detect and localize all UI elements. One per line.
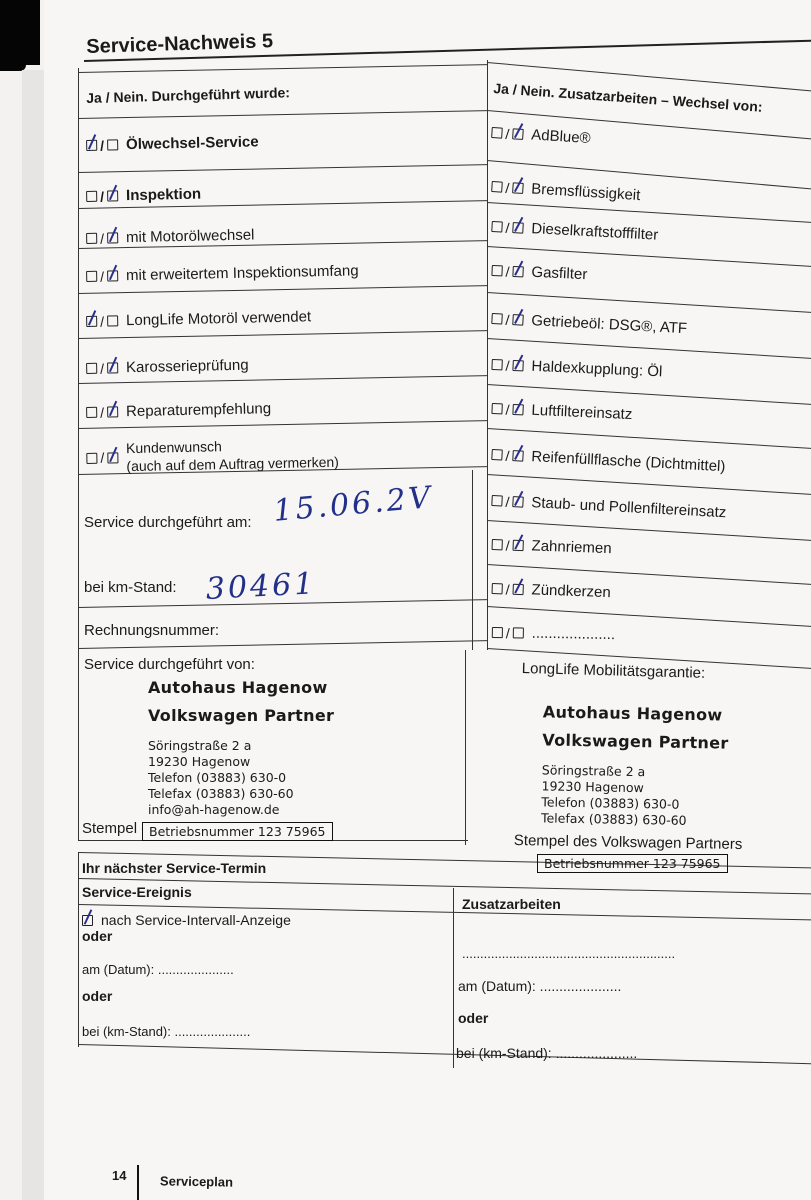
oder-2: oder [82, 988, 112, 1004]
ja-checkbox[interactable] [491, 359, 502, 370]
km-label: bei km-Stand: [84, 579, 177, 596]
footer-section: Serviceplan [160, 1173, 233, 1189]
dealer-fax: Telefax (03883) 630-60 [148, 786, 334, 802]
next-km-field[interactable]: bei (km-Stand): ..................... [82, 1024, 250, 1039]
nein-checkbox[interactable] [107, 190, 118, 201]
next-service-title: Ihr nächster Service-Termin [82, 860, 266, 876]
item-label: .................... [532, 625, 616, 643]
left-item: /Ölwechsel-Service [86, 133, 259, 154]
nein-checkbox[interactable] [512, 540, 523, 551]
right-item: /.................... [492, 624, 616, 643]
nein-checkbox[interactable] [512, 128, 524, 140]
dealer-partner: Volkswagen Partner [148, 702, 334, 730]
ja-checkbox[interactable] [491, 265, 502, 276]
nein-checkbox[interactable] [512, 314, 524, 326]
betriebsnummer-right: Betriebsnummer 123 75965 [537, 854, 728, 873]
nein-checkbox[interactable] [512, 450, 524, 462]
dealer-stamp-right: Autohaus Hagenow Volkswagen Partner Söri… [541, 698, 729, 829]
ja-checkbox[interactable] [491, 181, 503, 193]
nein-checkbox[interactable] [107, 452, 118, 463]
ja-checkbox[interactable] [492, 627, 503, 638]
nein-checkbox[interactable] [512, 584, 523, 595]
frame-middle [487, 60, 488, 650]
invoice-label: Rechnungsnummer: [84, 622, 219, 639]
left-item: /Inspektion [86, 186, 201, 205]
nein-checkbox[interactable] [513, 627, 524, 638]
ja-checkbox[interactable] [86, 233, 97, 244]
item-label: Kundenwunsch(auch auf dem Auftrag vermer… [126, 435, 339, 475]
left-item: /Karosserieprüfung [86, 357, 249, 377]
nein-checkbox[interactable] [107, 232, 118, 243]
separator: / [505, 219, 510, 235]
ja-checkbox[interactable] [491, 221, 503, 233]
service-date-label: Service durchgeführt am: [84, 514, 252, 531]
separator: / [505, 179, 510, 195]
extra-work-field[interactable]: ........................................… [462, 946, 675, 961]
ja-checkbox[interactable] [86, 191, 97, 202]
left-item: /mit Motorölwechsel [86, 226, 255, 247]
item-label: AdBlue® [531, 126, 591, 147]
separator: / [100, 450, 104, 466]
ja-checkbox[interactable] [491, 127, 503, 139]
dealer-name-right: Autohaus Hagenow [543, 698, 730, 729]
separator: / [100, 313, 104, 329]
footer-divider [137, 1165, 139, 1200]
nein-checkbox[interactable] [512, 266, 523, 277]
dealer-partner-right: Volkswagen Partner [542, 726, 729, 757]
nein-checkbox[interactable] [512, 404, 523, 415]
extra-oder: oder [458, 1010, 488, 1026]
separator: / [505, 447, 510, 463]
page-number: 14 [112, 1168, 126, 1183]
separator: / [505, 581, 509, 597]
nein-checkbox[interactable] [512, 360, 523, 371]
item-label: mit Motorölwechsel [126, 226, 255, 246]
km-value[interactable]: 30461 [205, 566, 317, 607]
ja-checkbox[interactable] [86, 140, 97, 151]
item-label: Inspektion [126, 186, 201, 205]
item-label: Zahnriemen [531, 537, 612, 557]
nein-checkbox[interactable] [107, 270, 118, 281]
frame-middle-lower [465, 650, 466, 845]
nein-checkbox[interactable] [107, 139, 118, 150]
extra-header: Zusatzarbeiten [462, 896, 561, 912]
separator: / [505, 263, 510, 279]
ja-checkbox[interactable] [86, 316, 97, 327]
page-edge-shadow [22, 70, 44, 1200]
separator: / [505, 125, 510, 141]
dealer-email: info@ah-hagenow.de [148, 802, 334, 818]
dealer-phone: Telefon (03883) 630-0 [148, 770, 334, 786]
interval-option[interactable]: nach Service-Intervall-Anzeige [82, 912, 291, 928]
nein-checkbox[interactable] [512, 496, 524, 508]
ja-checkbox[interactable] [86, 407, 97, 418]
separator: / [100, 188, 104, 204]
separator: / [505, 401, 510, 417]
dealer-street: Söringstraße 2 a [148, 738, 334, 754]
performed-by-label: Service durchgeführt von: [84, 656, 255, 673]
nein-checkbox[interactable] [107, 315, 118, 326]
item-label: Ölwechsel-Service [126, 133, 259, 153]
ja-checkbox[interactable] [492, 583, 503, 594]
separator: / [505, 537, 509, 553]
ja-checkbox[interactable] [492, 539, 503, 550]
frame-middle-date [472, 470, 473, 650]
item-label: Reparaturempfehlung [126, 400, 271, 420]
ja-checkbox[interactable] [86, 452, 97, 463]
separator: / [506, 625, 510, 641]
next-date-field[interactable]: am (Datum): ..................... [82, 962, 234, 977]
ja-checkbox[interactable] [491, 449, 503, 461]
separator: / [100, 268, 104, 284]
item-label: Zündkerzen [531, 581, 611, 601]
separator: / [505, 357, 510, 373]
separator: / [100, 404, 104, 420]
nein-checkbox[interactable] [512, 182, 524, 194]
frame-left [78, 68, 79, 840]
nein-checkbox[interactable] [512, 222, 524, 234]
left-item: /Kundenwunsch(auch auf dem Auftrag verme… [86, 435, 339, 476]
dealer-name: Autohaus Hagenow [148, 674, 334, 702]
extra-date-field[interactable]: am (Datum): ..................... [458, 978, 621, 994]
ja-checkbox[interactable] [491, 313, 503, 325]
interval-checkbox[interactable] [82, 915, 93, 926]
separator: / [505, 493, 510, 509]
event-header: Service-Ereignis [82, 884, 192, 900]
separator: / [100, 230, 104, 246]
interval-label: nach Service-Intervall-Anzeige [101, 912, 291, 928]
separator: / [505, 311, 510, 327]
dealer-stamp-left: Autohaus Hagenow Volkswagen Partner Söri… [148, 674, 334, 818]
section-vertical [78, 852, 79, 1047]
ja-checkbox[interactable] [86, 271, 97, 282]
dealer-city: 19230 Hagenow [148, 754, 334, 770]
dealer-fax-right: Telefax (03883) 630-60 [541, 810, 727, 829]
ja-checkbox[interactable] [491, 495, 503, 507]
extra-km-field[interactable]: bei (km-Stand): ..................... [456, 1045, 637, 1061]
ja-checkbox[interactable] [86, 363, 97, 374]
separator: / [100, 360, 104, 376]
betriebsnummer-left: Betriebsnummer 123 75965 [142, 822, 333, 841]
separator: / [100, 137, 104, 153]
nein-checkbox[interactable] [107, 362, 118, 373]
item-label: Karosserieprüfung [126, 357, 249, 377]
binder-corner [0, 0, 40, 65]
section-vertical [453, 888, 454, 1068]
nein-checkbox[interactable] [107, 406, 118, 417]
oder-1: oder [82, 928, 112, 944]
item-label: Gasfilter [531, 264, 588, 283]
ja-checkbox[interactable] [491, 403, 502, 414]
